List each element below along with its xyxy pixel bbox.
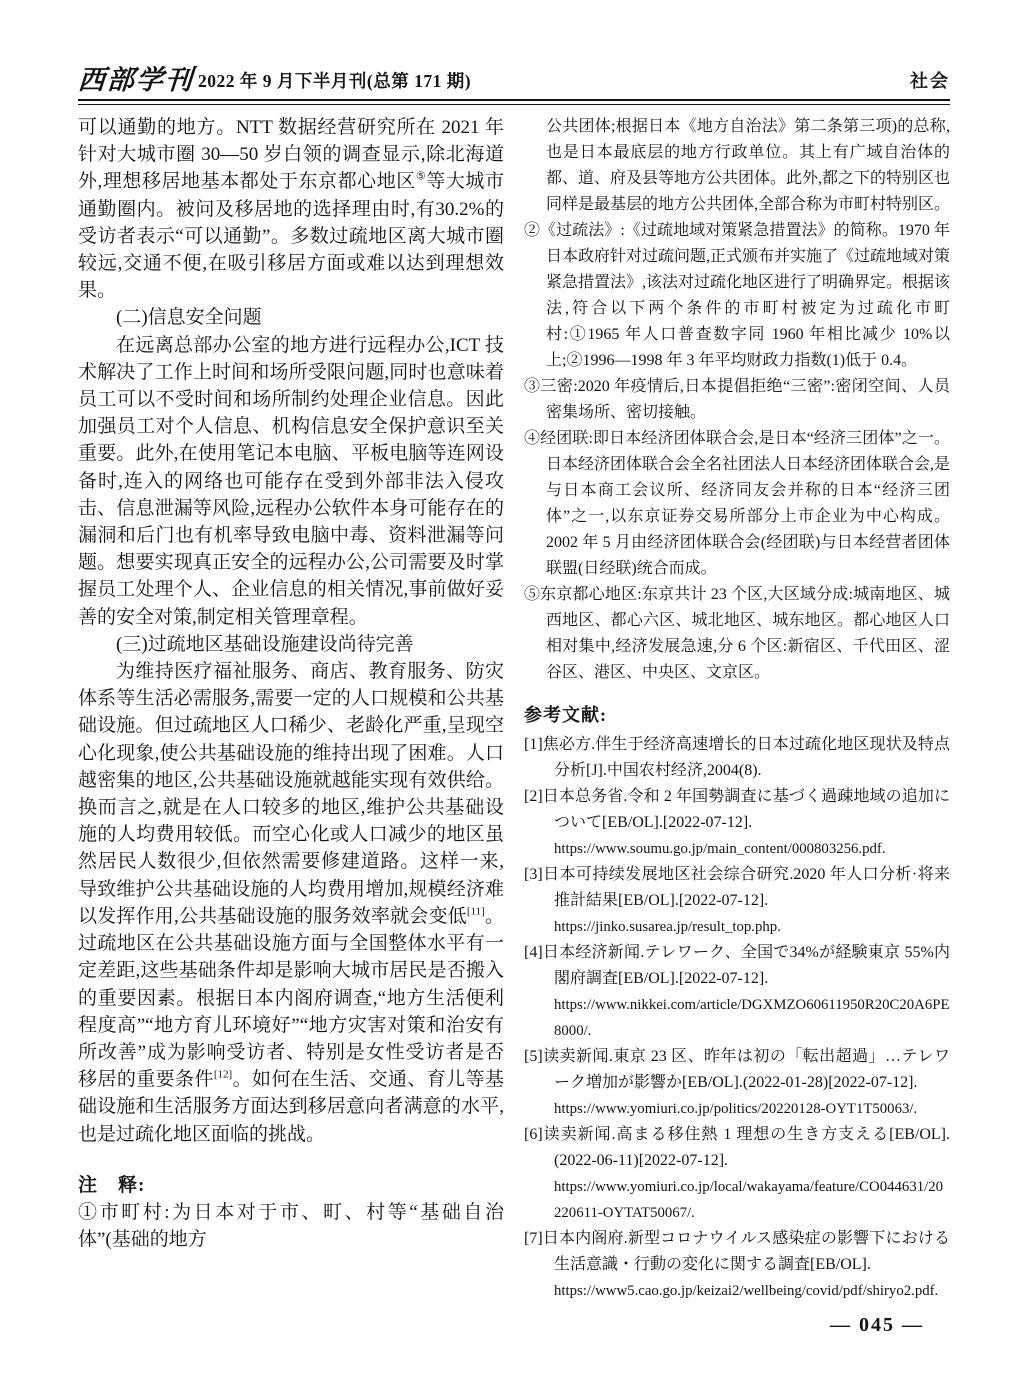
content-columns: 可以通勤的地方。NTT 数据经营研究所在 2021 年针对大城市圈 30—50 … <box>78 114 950 1337</box>
reference-text: [3]日本可持续发展地区社会综合研究.2020 年人口分析·将来推計結果[EB/… <box>554 862 950 914</box>
note-1-continuation: 公共团体;根据日本《地方自治法》第二条第三项)的总称,也是日本最底层的地方行政单… <box>524 114 950 218</box>
reference-url: https://www.nikkei.com/article/DGXMZO606… <box>554 992 950 1044</box>
citation-11: [11] <box>467 906 485 918</box>
reference-url: https://www5.cao.go.jp/keizai2/wellbeing… <box>554 1278 950 1304</box>
journal-page: 西部学刊 2022 年 9 月下半月刊(总第 171 期) 社会 可以通勤的地方… <box>0 0 1024 1389</box>
note-3: ③三密:2020 年疫情后,日本提倡拒绝“三密”:密闭空间、人员密集场所、密切接… <box>524 374 950 426</box>
reference-text: [5]读卖新闻.東京 23 区、昨年は初の「転出超過」…テレワーク増加が影響か[… <box>554 1044 950 1096</box>
reference-url: https://jinko.susarea.jp/result_top.php. <box>554 914 950 940</box>
reference-text: [6]读卖新闻.高まる移住熱 1 理想の生き方支える[EB/OL].(2022-… <box>554 1122 950 1174</box>
reference-5: [5]读卖新闻.東京 23 区、昨年は初の「転出超過」…テレワーク増加が影響か[… <box>524 1044 950 1122</box>
paragraph-text: 为维持医疗福祉服务、商店、教育服务、防灾体系等生活必需服务,需要一定的人口规模和… <box>78 661 504 927</box>
reference-url: https://www.yomiuri.co.jp/politics/20220… <box>554 1096 950 1122</box>
note-5: ⑤东京都心地区:东京共计 23 个区,大区域分成:城南地区、城西地区、都心六区、… <box>524 582 950 686</box>
subheading-infrastructure: (三)过疏地区基础设施建设尚待完善 <box>78 631 504 658</box>
paragraph-text: 。过疏地区在公共基础设施方面与全国整体水平有一定差距,这些基础条件却是影响大城市… <box>78 906 504 1090</box>
left-column: 可以通勤的地方。NTT 数据经营研究所在 2021 年针对大城市圈 30—50 … <box>78 114 504 1337</box>
reference-1: [1]焦必方.伴生于经济高速增长的日本过疏化地区现状及特点分析[J].中国农村经… <box>524 732 950 784</box>
journal-logo: 西部学刊 <box>77 66 195 94</box>
citation-12: [12] <box>214 1069 232 1081</box>
page-header: 西部学刊 2022 年 9 月下半月刊(总第 171 期) 社会 <box>78 66 950 94</box>
notes-heading: 注 释: <box>78 1172 504 1199</box>
reference-2: [2]日本总务省.令和 2 年国勢調査に基づく過疎地域の追加について[EB/OL… <box>524 784 950 862</box>
reference-text: [7]日本内阁府.新型コロナウイルス感染症の影響下における生活意識・行動の変化に… <box>554 1226 950 1278</box>
subheading-info-security: (二)信息安全问题 <box>78 304 504 331</box>
header-divider <box>78 99 950 105</box>
reference-6: [6]读卖新闻.高まる移住熱 1 理想の生き方支える[EB/OL].(2022-… <box>524 1122 950 1226</box>
paragraph-infrastructure: 为维持医疗福祉服务、商店、教育服务、防灾体系等生活必需服务,需要一定的人口规模和… <box>78 658 504 1148</box>
masthead: 西部学刊 2022 年 9 月下半月刊(总第 171 期) <box>78 66 471 94</box>
references-heading: 参考文献: <box>524 702 950 728</box>
paragraph-commute: 可以通勤的地方。NTT 数据经营研究所在 2021 年针对大城市圈 30—50 … <box>78 114 504 304</box>
note-marker-5: ⑤ <box>416 171 426 183</box>
note-1-start: ①市町村:为日本对于市、町、村等“基础自治体”(基础的地方 <box>78 1199 504 1253</box>
issue-info: 2022 年 9 月下半月刊(总第 171 期) <box>198 68 471 94</box>
reference-text: [4]日本经济新闻.テレワーク、全国で34%が経験東京 55%内閣府調査[EB/… <box>554 940 950 992</box>
right-column: 公共团体;根据日本《地方自治法》第二条第三项)的总称,也是日本最底层的地方行政单… <box>524 114 950 1337</box>
reference-4: [4]日本经济新闻.テレワーク、全国で34%が経験東京 55%内閣府調査[EB/… <box>524 940 950 1044</box>
reference-text: [1]焦必方.伴生于经济高速增长的日本过疏化地区现状及特点分析[J].中国农村经… <box>554 732 950 784</box>
reference-7: [7]日本内阁府.新型コロナウイルス感染症の影響下における生活意識・行動の変化に… <box>524 1226 950 1304</box>
reference-3: [3]日本可持续发展地区社会综合研究.2020 年人口分析·将来推計結果[EB/… <box>524 862 950 940</box>
reference-url: https://www.yomiuri.co.jp/local/wakayama… <box>554 1174 950 1226</box>
reference-text: [2]日本总务省.令和 2 年国勢調査に基づく過疎地域の追加について[EB/OL… <box>554 784 950 836</box>
reference-url: https://www.soumu.go.jp/main_content/000… <box>554 836 950 862</box>
section-label: 社会 <box>910 68 950 94</box>
note-4: ④经团联:即日本经济团体联合会,是日本“经济三团体”之一。日本经济团体联合会全名… <box>524 426 950 582</box>
paragraph-info-security: 在远离总部办公室的地方进行远程办公,ICT 技术解决了工作上时间和场所受限问题,… <box>78 332 504 631</box>
note-2: ②《过疏法》:《过疏地域对策紧急措置法》的简称。1970 年日本政府针对过疏问题… <box>524 218 950 374</box>
page-number: — 045 — <box>524 1314 950 1337</box>
notes-section: 注 释: ①市町村:为日本对于市、町、村等“基础自治体”(基础的地方 <box>78 1172 504 1254</box>
